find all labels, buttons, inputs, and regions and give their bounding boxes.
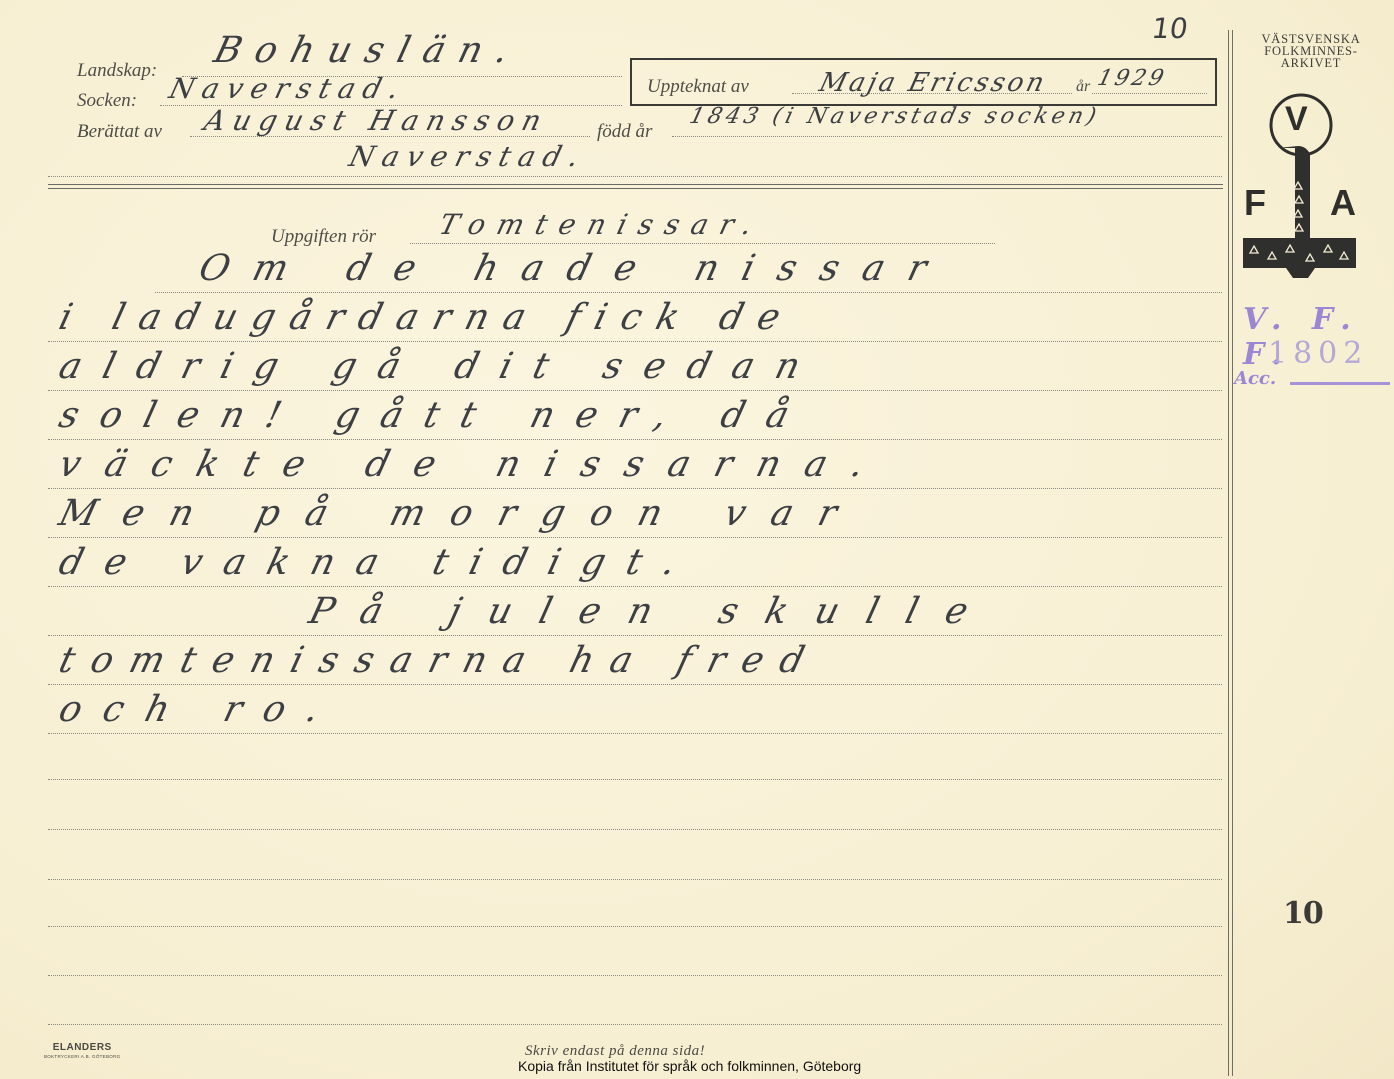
body-line-4 — [48, 439, 1222, 440]
landskap-label: Landskap: — [77, 60, 157, 82]
header-rule-bottom — [48, 188, 1223, 189]
stamp-acc-line — [1290, 382, 1390, 385]
berattat-value: August Hansson — [201, 104, 553, 137]
body-text-line: väckte de nissarna. — [55, 444, 893, 485]
header-rule-top — [48, 184, 1223, 185]
fodd-label: född år — [597, 121, 652, 143]
residence-dotted-line — [48, 176, 1222, 177]
archive-name-line: ARKIVET — [1236, 57, 1386, 69]
logo-letter-a: A — [1330, 182, 1356, 224]
landskap-value: Bohuslän. — [210, 30, 527, 71]
printer-sub: BOKTRYCKERI A.B. GÖTEBORG — [44, 1054, 120, 1059]
body-line-7 — [48, 586, 1222, 587]
body-line-15 — [48, 975, 1222, 976]
body-line-6 — [48, 537, 1222, 538]
corner-number: 10 — [1150, 12, 1190, 45]
body-line-10 — [48, 733, 1222, 734]
body-line-13 — [48, 879, 1222, 880]
logo-letter-v: V — [1285, 100, 1308, 139]
archive-form-page: 10 Landskap: Bohuslän. Socken: Naverstad… — [0, 0, 1394, 1079]
sidebar-page-number: 10 — [1283, 896, 1323, 931]
body-text-line: aldrig gå dit sedan — [55, 346, 826, 387]
body-line-2 — [48, 341, 1222, 342]
body-line-5 — [48, 488, 1222, 489]
socken-value: Naverstad. — [166, 72, 410, 105]
subject-dotted-line — [410, 243, 995, 244]
body-line-8 — [48, 635, 1222, 636]
body-text-line: solen! gått ner, då — [55, 395, 815, 436]
uppteck-label: Uppteknat av — [647, 76, 749, 98]
ar-value: 1929 — [1095, 66, 1169, 91]
body-text-line: tomtenissarna ha fred — [55, 640, 826, 681]
body-text-line: och ro. — [55, 689, 345, 730]
uppteck-value: Maja Ericsson — [816, 68, 1050, 98]
fodd-value: 1843 (i Naverstads socken) — [687, 104, 1103, 129]
body-line-3 — [48, 390, 1222, 391]
subject-value: Tomtenissar. — [436, 208, 768, 241]
body-line-14 — [48, 926, 1222, 927]
body-line-12 — [48, 829, 1222, 830]
ar-label: år — [1076, 78, 1090, 96]
printer-mark: ELANDERS BOKTRYCKERI A.B. GÖTEBORG — [44, 1042, 120, 1059]
body-text-line: de vakna tidigt. — [55, 542, 702, 583]
vfa-logo: V F A — [1238, 90, 1363, 285]
body-line-9 — [48, 684, 1222, 685]
berattat-label: Berättat av — [77, 121, 162, 143]
copy-notice: Kopia från Institutet för språk och folk… — [518, 1058, 861, 1074]
body-text-line: Om de hade nissar — [195, 248, 955, 289]
ar-dotted-line — [1092, 93, 1207, 94]
socken-label: Socken: — [77, 90, 137, 112]
stamp-acc: Acc. — [1234, 368, 1276, 389]
subject-label: Uppgiften rör — [271, 226, 376, 248]
printer-name: ELANDERS — [44, 1042, 120, 1053]
fodd-dotted-line — [672, 136, 1222, 137]
archive-name: VÄSTSVENSKA FOLKMINNES- ARKIVET — [1236, 33, 1386, 69]
body-line-16 — [48, 1024, 1222, 1025]
stamp-number: 1802 — [1268, 336, 1368, 371]
body-line-1 — [155, 292, 1222, 293]
body-text-line: Men på morgon var — [55, 493, 867, 534]
logo-letter-f: F — [1244, 182, 1266, 224]
sidebar-divider-left — [1228, 30, 1229, 1076]
residence-value: Naverstad. — [346, 140, 590, 173]
body-line-11 — [48, 779, 1222, 780]
sidebar-divider-right — [1232, 30, 1233, 1076]
body-text-line: På julen skulle — [305, 591, 1000, 632]
body-text-line: i ladugårdarna fick de — [55, 297, 800, 338]
